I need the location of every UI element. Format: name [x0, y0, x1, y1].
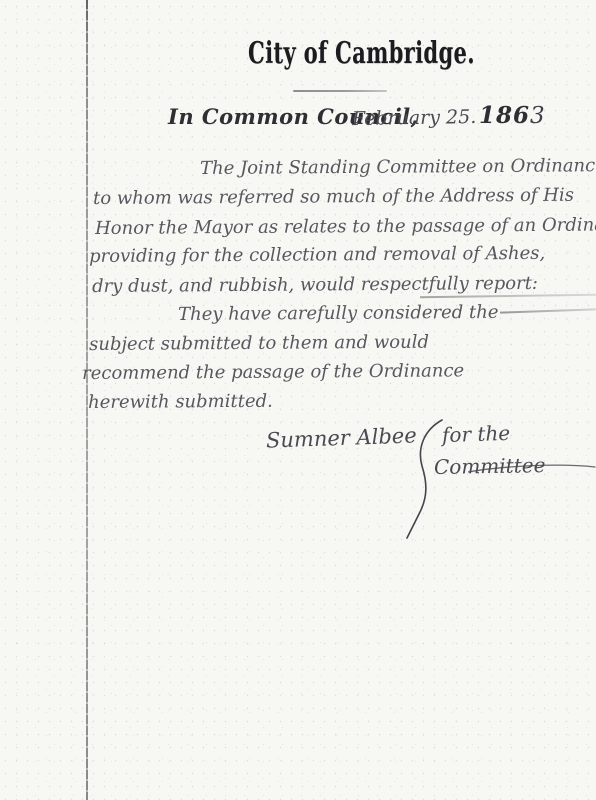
- body-line-2: to whom was referred so much of the Addr…: [93, 185, 574, 209]
- body-line-4: providing for the collection and removal…: [89, 243, 545, 267]
- pen-flourish-after-the: [500, 308, 596, 313]
- signature-annotation-for-the: for the: [442, 421, 511, 447]
- signature-brace-stroke: [404, 418, 446, 540]
- dateline-handwritten-date: February 25.: [352, 106, 477, 130]
- body-line-5: dry dust, and rubbish, would respectfull…: [92, 273, 538, 297]
- body-line-3: Honor the Mayor as relates to the passag…: [95, 214, 596, 239]
- body-line-7: subject submitted to them and would: [89, 332, 429, 355]
- dateline-year-printed: 186: [479, 102, 530, 129]
- scanned-document-page: City of Cambridge. In Common Council, Fe…: [0, 0, 596, 800]
- signature-name: Sumner Albee: [266, 423, 417, 452]
- signature-underline-flourish: [468, 460, 596, 478]
- body-line-8: recommend the passage of the Ordinance: [82, 360, 464, 384]
- body-line-1: The Joint Standing Committee on Ordinanc…: [200, 155, 596, 179]
- dateline-year: 1863: [479, 102, 546, 129]
- dateline-year-handwritten-digit: 3: [530, 103, 546, 129]
- body-line-9: herewith submitted.: [88, 391, 273, 413]
- letterhead-title: City of Cambridge.: [248, 36, 475, 71]
- letterhead-divider-rule: [293, 90, 387, 92]
- body-line-6: They have carefully considered the: [178, 302, 499, 325]
- letterhead: City of Cambridge.: [248, 36, 572, 71]
